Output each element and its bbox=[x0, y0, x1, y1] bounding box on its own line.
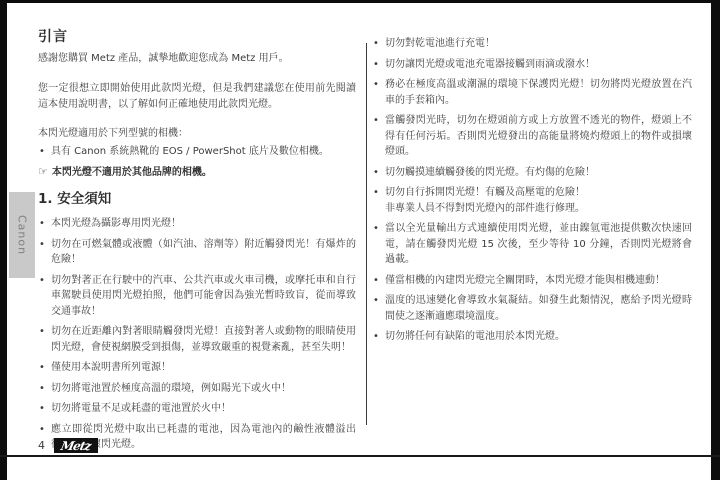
list-item-text: 切勿讓閃光燈或電池充電器接觸到雨滴或潑水！ bbox=[385, 59, 595, 70]
bullet-icon: • bbox=[373, 293, 379, 309]
list-item: • 切勿自行拆開閃光燈！有觸及高壓電的危險！ 非專業人員不得對閃光燈內的部件進行… bbox=[372, 185, 692, 216]
bullet-icon: • bbox=[39, 144, 45, 160]
page-number: 4 bbox=[38, 439, 45, 452]
list-item-text: 切勿觸摸連續觸發後的閃光燈。有灼傷的危險！ bbox=[385, 167, 595, 178]
list-item: • 切勿讓閃光燈或電池充電器接觸到雨滴或潑水！ bbox=[372, 57, 692, 73]
bullet-icon: • bbox=[373, 36, 379, 52]
safety-heading: 1. 安全須知 bbox=[38, 192, 356, 208]
page-edge-top bbox=[0, 0, 720, 3]
list-item: • 僅使用本說明書所列電源！ bbox=[38, 360, 356, 376]
intro-paragraph-2: 您一定很想立即開始使用此款閃光燈，但是我們建議您在使用前先閱讀這本使用說明書，以… bbox=[38, 81, 356, 112]
bullet-icon: • bbox=[373, 165, 379, 181]
bullet-icon: • bbox=[373, 57, 379, 73]
note-text: 本閃光燈不適用於其他品牌的相機。 bbox=[52, 167, 212, 178]
list-item: • 當以全光量輸出方式連續使用閃光燈，並由鎳氫電池提供數次快速回電，請在觸發閃光… bbox=[372, 221, 692, 268]
metz-logo: Metz bbox=[54, 438, 98, 453]
list-item-continuation: 非專業人員不得對閃光燈內的部件進行修理。 bbox=[385, 201, 692, 217]
pointing-hand-icon: ☞ bbox=[38, 165, 48, 178]
bullet-icon: • bbox=[39, 216, 45, 232]
list-item: • 務必在極度高溫或潮濕的環境下保護閃光燈！切勿將閃光燈放置在汽車的手套箱內。 bbox=[372, 77, 692, 108]
intro-paragraph-1: 感謝您購買 Metz 產品，誠摯地歡迎您成為 Metz 用戶。 bbox=[38, 51, 356, 67]
metz-logo-text: Metz bbox=[60, 439, 92, 453]
list-item-text: 具有 Canon 系統熱靴的 EOS / PowerShot 底片及數位相機。 bbox=[51, 146, 329, 157]
list-item: • 切勿將電量不足或耗盡的電池置於火中！ bbox=[38, 401, 356, 417]
list-item-text: 本閃光燈為攝影專用閃光燈！ bbox=[51, 218, 181, 229]
column-divider bbox=[366, 43, 367, 425]
bullet-icon: • bbox=[373, 185, 379, 201]
list-item: • 本閃光燈為攝影專用閃光燈！ bbox=[38, 216, 356, 232]
list-item: • 僅當相機的內建閃光燈完全關閉時，本閃光燈才能與相機連動！ bbox=[372, 273, 692, 289]
bullet-icon: • bbox=[373, 221, 379, 237]
list-item: • 切勿將任何有缺陷的電池用於本閃光燈。 bbox=[372, 329, 692, 345]
list-item-text: 當觸發閃光時，切勿在燈頭前方或上方放置不透光的物件，燈頭上不得有任何污垢。否則閃… bbox=[385, 115, 692, 157]
page-edge-right bbox=[711, 0, 720, 480]
intro-paragraph-3: 本閃光燈適用於下列型號的相機： bbox=[38, 126, 356, 142]
bullet-icon: • bbox=[373, 273, 379, 289]
note-line: ☞本閃光燈不適用於其他品牌的相機。 bbox=[38, 164, 356, 181]
bullet-icon: • bbox=[39, 237, 45, 253]
list-item: • 溫度的迅速變化會導致水氣凝結。如發生此類情況，應給予閃光燈時間使之逐漸適應環… bbox=[372, 293, 692, 324]
list-item: • 具有 Canon 系統熱靴的 EOS / PowerShot 底片及數位相機… bbox=[38, 144, 356, 160]
list-item-text: 切勿在可燃氣體或液體（如汽油、溶劑等）附近觸發閃光！有爆炸的危險！ bbox=[51, 239, 356, 266]
bullet-icon: • bbox=[373, 77, 379, 93]
list-item-text: 溫度的迅速變化會導致水氣凝結。如發生此類情況，應給予閃光燈時間使之逐漸適應環境溫… bbox=[385, 295, 692, 322]
list-item-text: 當以全光量輸出方式連續使用閃光燈，並由鎳氫電池提供數次快速回電，請在觸發閃光燈 … bbox=[385, 223, 692, 265]
bullet-icon: • bbox=[39, 401, 45, 417]
list-item-text: 僅使用本說明書所列電源！ bbox=[51, 362, 171, 373]
page-footer: 4 Metz bbox=[38, 438, 98, 453]
list-item: • 切勿在近距離內對著眼睛觸發閃光燈！直接對著人或動物的眼睛使用閃光燈，會使視網… bbox=[38, 324, 356, 355]
bullet-icon: • bbox=[39, 381, 45, 397]
list-item-text: 切勿將電池置於極度高溫的環境，例如陽光下或火中！ bbox=[51, 383, 291, 394]
bullet-icon: • bbox=[373, 113, 379, 129]
bullet-icon: • bbox=[39, 273, 45, 289]
bullet-icon: • bbox=[39, 422, 45, 438]
list-item-text: 切勿對乾電池進行充電！ bbox=[385, 38, 495, 49]
intro-heading: 引言 bbox=[38, 30, 356, 46]
left-column: 引言 感謝您購買 Metz 產品，誠摯地歡迎您成為 Metz 用戶。 您一定很想… bbox=[38, 30, 356, 458]
list-item-text: 切勿將電量不足或耗盡的電池置於火中！ bbox=[51, 403, 231, 414]
bullet-icon: • bbox=[39, 324, 45, 340]
list-item-text: 務必在極度高溫或潮濕的環境下保護閃光燈！切勿將閃光燈放置在汽車的手套箱內。 bbox=[385, 79, 692, 106]
list-item-text: 切勿將任何有缺陷的電池用於本閃光燈。 bbox=[385, 331, 565, 342]
list-item-text: 切勿自行拆開閃光燈！有觸及高壓電的危險！ bbox=[385, 187, 585, 198]
bullet-icon: • bbox=[39, 360, 45, 376]
canon-tab-label: Canon bbox=[16, 215, 29, 255]
list-item-text: 切勿對著正在行駛中的汽車、公共汽車或火車司機，或摩托車和自行車駕駛員使用閃光燈拍… bbox=[51, 275, 356, 317]
canon-section-tab: Canon bbox=[9, 192, 35, 278]
list-item: • 切勿將電池置於極度高溫的環境，例如陽光下或火中！ bbox=[38, 381, 356, 397]
list-item: • 切勿對乾電池進行充電！ bbox=[372, 36, 692, 52]
list-item: • 切勿對著正在行駛中的汽車、公共汽車或火車司機，或摩托車和自行車駕駛員使用閃光… bbox=[38, 273, 356, 320]
list-item: • 當觸發閃光時，切勿在燈頭前方或上方放置不透光的物件，燈頭上不得有任何污垢。否… bbox=[372, 113, 692, 160]
right-column: • 切勿對乾電池進行充電！ • 切勿讓閃光燈或電池充電器接觸到雨滴或潑水！ • … bbox=[372, 36, 692, 350]
list-item-text: 僅當相機的內建閃光燈完全關閉時，本閃光燈才能與相機連動！ bbox=[385, 275, 665, 286]
bullet-icon: • bbox=[373, 329, 379, 345]
manual-page: Canon 引言 感謝您購買 Metz 產品，誠摯地歡迎您成為 Metz 用戶。… bbox=[0, 0, 720, 480]
list-item: • 切勿觸摸連續觸發後的閃光燈。有灼傷的危險！ bbox=[372, 165, 692, 181]
page-edge-left bbox=[0, 0, 7, 480]
list-item: • 切勿在可燃氣體或液體（如汽油、溶劑等）附近觸發閃光！有爆炸的危險！ bbox=[38, 237, 356, 268]
list-item-text: 切勿在近距離內對著眼睛觸發閃光燈！直接對著人或動物的眼睛使用閃光燈，會使視網膜受… bbox=[51, 326, 356, 353]
